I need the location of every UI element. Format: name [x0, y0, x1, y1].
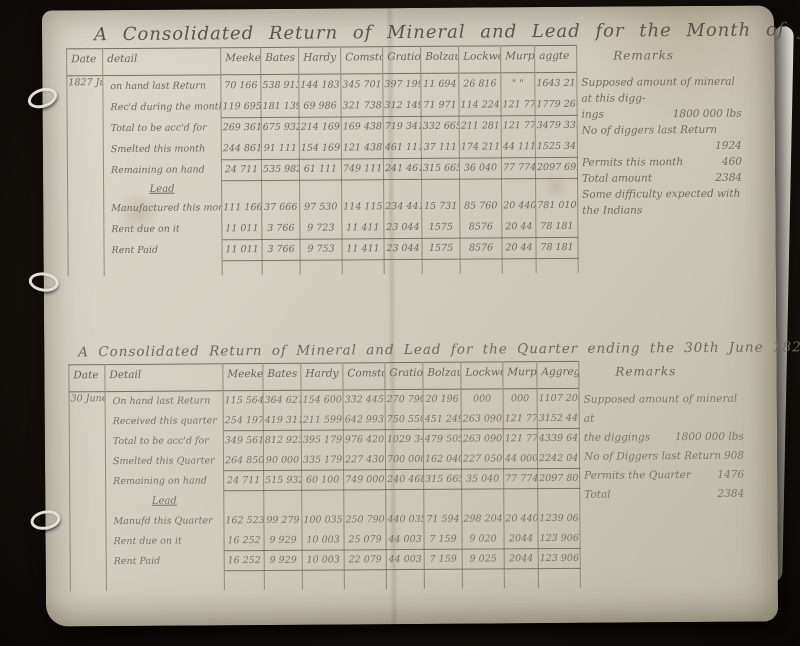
remark-text: Supposed amount of mineral at this digg- [581, 74, 747, 107]
value-cell: 69 986 [299, 95, 341, 116]
value-cell: 250 790 [344, 510, 386, 530]
column-header-comstock: Comstock [343, 362, 385, 389]
monthly-return-section: A Consolidated Return of Mineral and Lea… [66, 20, 756, 276]
value-cell: 169 438 [341, 116, 383, 137]
value-cell: 77 774 [501, 157, 535, 178]
value-cell: 241 461 [383, 158, 421, 179]
photo-background: A Consolidated Return of Mineral and Lea… [0, 0, 800, 646]
value-cell: 264 850 [223, 451, 263, 471]
value-cell: 11 011 [222, 218, 262, 239]
value-cell [424, 489, 462, 509]
value-cell: 332 445 [343, 389, 385, 410]
value-cell: 144 183 [299, 74, 341, 96]
value-cell: 16 252 [224, 531, 264, 551]
value-cell: 85 760 [460, 195, 502, 216]
value-cell: 364 621 [263, 390, 301, 411]
value-cell: 1575 [422, 217, 460, 238]
value-cell: 20 196 [423, 389, 461, 410]
date-cell [68, 240, 104, 261]
value-cell: 11 011 [222, 239, 262, 260]
value-cell: 11 411 [342, 217, 384, 238]
value-cell: 395 179 [301, 430, 343, 450]
value-cell [302, 490, 344, 510]
value-cell: 234 441 [384, 196, 422, 217]
value-cell: 440 035 [386, 509, 424, 529]
value-cell: 515 932 [264, 470, 302, 490]
value-cell: 2044 [504, 549, 538, 569]
value-cell: 9 753 [300, 238, 342, 259]
value-cell: 10 003 [302, 530, 344, 550]
date-cell [67, 139, 103, 160]
remark-value: 1924 [715, 138, 748, 154]
column-header-hardy: Hardy [299, 47, 341, 74]
value-cell: 11 694 [421, 73, 459, 95]
value-cell: 1643 217 [535, 72, 577, 94]
column-header-hardy: Hardy [301, 362, 343, 389]
value-cell: 23 044 [384, 217, 422, 238]
value-cell: 479 505 [423, 429, 461, 449]
value-cell: 461 111 [383, 137, 421, 158]
date-cell [70, 552, 106, 572]
value-cell: 214 169 [299, 116, 341, 137]
value-cell [262, 180, 300, 197]
date-cell [69, 452, 105, 472]
row-label: Manufactured this month [104, 197, 222, 219]
value-cell: 750 550 [385, 409, 423, 429]
value-cell: 227 050 [461, 449, 503, 469]
row-label: Rec'd during the month [103, 96, 221, 118]
value-cell [300, 179, 342, 196]
value-cell: 174 211 [459, 136, 501, 157]
value-cell: 100 035 [302, 510, 344, 530]
spacer-row [70, 568, 580, 591]
value-cell: 2097 692 [535, 157, 577, 178]
column-header-meeker: Meeker [223, 363, 263, 390]
value-cell: 71 971 [421, 95, 459, 116]
value-cell: 162 523 [224, 511, 264, 531]
value-cell: 298 204 [462, 509, 504, 529]
value-cell: 22 079 [344, 550, 386, 570]
value-cell: 44 000 [503, 449, 537, 469]
value-cell: 2097 800 [538, 468, 580, 488]
value-cell: 99 279 [264, 510, 302, 530]
document-page: A Consolidated Return of Mineral and Lea… [42, 5, 778, 626]
date-cell [70, 512, 106, 532]
date-cell [69, 432, 105, 452]
value-cell: 10 003 [302, 550, 344, 570]
row-label: Total to be acc'd for [105, 431, 223, 452]
column-header-bolzau: Bolzau [423, 362, 461, 389]
value-cell: 315 665 [421, 158, 459, 179]
value-cell: 675 932 [261, 117, 299, 138]
row-label: Rent due on it [104, 218, 222, 240]
column-header-bates: Bates [261, 47, 299, 74]
value-cell: 16 252 [224, 551, 264, 571]
value-cell: 90 000 [263, 450, 301, 470]
value-cell: 60 100 [302, 470, 344, 490]
value-cell: 1029 340 [385, 429, 423, 449]
value-cell: 1575 [422, 238, 460, 259]
remark-value: 908 [724, 446, 750, 465]
monthly-header-row: DatedetailMeekerBatesHardyComstockGratio… [67, 45, 577, 76]
value-cell: 000 [461, 388, 503, 409]
page-content: A Consolidated Return of Mineral and Lea… [42, 5, 778, 591]
monthly-return-table: DatedetailMeekerBatesHardyComstockGratio… [66, 45, 579, 276]
remark-line: Supposed amount of mineral at [582, 389, 750, 428]
remark-line: No of diggers last Return1924 [580, 122, 748, 155]
date-cell [68, 198, 104, 219]
row-label: Remaining on hand [106, 471, 224, 492]
value-cell: 23 044 [384, 238, 422, 259]
value-cell [264, 490, 302, 510]
value-cell: 976 420 [343, 430, 385, 450]
date-cell: 1827 June 30 [67, 76, 103, 98]
value-cell [504, 489, 538, 509]
remarks-header: Remarks [581, 359, 749, 390]
remark-text: Supposed amount of mineral at [584, 389, 750, 428]
value-cell: 000 [503, 388, 537, 409]
column-header-lockwood: Lockwood [459, 46, 501, 73]
row-label: Total to be acc'd for [103, 117, 221, 139]
value-cell [460, 178, 502, 195]
value-cell: 535 982 [261, 159, 299, 180]
value-cell: 749 000 [344, 470, 386, 490]
value-cell: 263 090 [461, 429, 503, 449]
value-cell: 700 000 [385, 449, 423, 469]
value-cell: 26 816 [459, 73, 501, 95]
remark-text: Permits the Quarter [584, 466, 691, 486]
value-cell: 1239 066 [538, 508, 580, 528]
remark-value: 1800 000 lbs [673, 106, 748, 123]
value-cell: 3479 339 [535, 115, 577, 136]
value-cell: 61 111 [299, 158, 341, 179]
date-cell [70, 472, 106, 492]
row-label: Received this quarter [105, 411, 223, 432]
value-cell [536, 178, 578, 195]
remark-line: the diggings1800 000 lbs [582, 427, 750, 447]
column-header-aggregate: Aggregate [537, 361, 579, 388]
row-label: Lead [106, 491, 224, 512]
row-label: Manufd this Quarter [106, 511, 224, 532]
value-cell: 451 249 [423, 409, 461, 429]
value-cell [342, 179, 384, 196]
value-cell: 332 665 [421, 116, 459, 137]
value-cell: 9 020 [462, 529, 504, 549]
remarks-lines: Supposed amount of mineral atthe digging… [582, 389, 751, 504]
value-cell: 20 440 [504, 509, 538, 529]
value-cell [222, 180, 262, 197]
value-cell: 4339 647 [537, 428, 579, 448]
remark-value: 460 [722, 154, 748, 170]
value-cell: 419 311 [263, 410, 301, 430]
value-cell: 181 139 [261, 96, 299, 117]
value-cell: 111 166 [222, 197, 262, 218]
value-cell: 3 766 [262, 239, 300, 260]
remark-line: Supposed amount of mineral at this digg- [579, 74, 747, 107]
quarterly-return-table: DateDetailMeekerBatesHardyComstockGratio… [68, 360, 581, 591]
column-header-gratiot: Gratiot [383, 46, 421, 73]
value-cell: 119 695 [221, 96, 261, 117]
remark-text: Permits this month [582, 154, 683, 171]
value-cell: 240 468 [386, 469, 424, 489]
value-cell: 114 224 [459, 94, 501, 115]
value-cell: 123 906 [538, 548, 580, 568]
column-header-murphy: Murphy [501, 46, 535, 73]
remark-text: Total amount [582, 170, 652, 186]
value-cell: 781 010 [536, 195, 578, 216]
row-label: Rent due on it [106, 531, 224, 552]
value-cell: 9 929 [264, 550, 302, 570]
value-cell: 114 115 [342, 196, 384, 217]
value-cell: 44 003 [386, 529, 424, 549]
column-header-murphy: Murphy [503, 361, 537, 388]
remark-text: No of diggers last Return [582, 122, 717, 139]
remark-line: No of Diggers last Return908 [582, 446, 750, 466]
value-cell: 227 430 [343, 450, 385, 470]
column-header-bolzau: Bolzau [421, 46, 459, 73]
value-cell: 9 929 [264, 530, 302, 550]
row-label: On hand last Return [105, 390, 223, 411]
value-cell [224, 491, 264, 511]
date-cell [70, 492, 106, 512]
date-cell [68, 181, 104, 198]
row-label: on hand last Return [103, 75, 221, 97]
value-cell: 11 411 [342, 238, 384, 259]
date-cell [69, 412, 105, 432]
value-cell: 2242 047 [537, 448, 579, 468]
value-cell: 97 530 [300, 196, 342, 217]
value-cell: 25 079 [344, 530, 386, 550]
column-header-gratiot: Gratiot [385, 362, 423, 389]
column-header-date: Date [69, 364, 105, 391]
value-cell [502, 178, 536, 195]
quarterly-remarks: Remarks Supposed amount of mineral atthe… [581, 359, 750, 504]
column-header-lockwood: Lockwood [461, 361, 503, 388]
remark-line: ings1800 000 lbs [580, 106, 748, 123]
value-cell: 77 774 [504, 469, 538, 489]
column-header-comstock: Comstock [341, 47, 383, 74]
remark-text: ings [582, 107, 604, 123]
value-cell: 121 438 [341, 137, 383, 158]
column-header-date: Date [67, 49, 103, 76]
value-cell: 24 711 [221, 159, 261, 180]
value-cell: 91 111 [261, 138, 299, 159]
row-label: Remaining on hand [103, 159, 221, 181]
value-cell [422, 179, 460, 196]
remark-value: 1476 [717, 465, 750, 484]
value-cell: 154 169 [299, 137, 341, 158]
value-cell: 8576 [460, 237, 502, 258]
value-cell: 812 923 [263, 430, 301, 450]
remarks-lines: Supposed amount of mineral at this digg-… [579, 74, 748, 219]
value-cell: " " [501, 73, 535, 95]
value-cell [384, 179, 422, 196]
row-label: Rent Paid [104, 239, 222, 261]
row-label: Smelted this month [103, 138, 221, 160]
value-cell: 121 774 [503, 429, 537, 449]
date-cell [70, 532, 106, 552]
value-cell: 37 666 [262, 197, 300, 218]
column-header-detail: Detail [105, 363, 223, 391]
value-cell: 211 281 [459, 115, 501, 136]
value-cell: 115 564 [223, 390, 263, 411]
value-cell: 20 440 [502, 195, 536, 216]
value-cell: 8576 [460, 216, 502, 237]
value-cell: 78 181 [536, 216, 578, 237]
remark-line: Permits this month460 [580, 154, 748, 171]
remark-line: Permits the Quarter1476 [582, 465, 750, 485]
value-cell: 162 040 [423, 449, 461, 469]
value-cell: 2044 [504, 529, 538, 549]
value-cell: 321 738 [341, 95, 383, 116]
value-cell: 642 993 [343, 410, 385, 430]
value-cell: 244 861 [221, 138, 261, 159]
date-cell [68, 219, 104, 240]
value-cell: 70 166 [221, 75, 261, 97]
value-cell: 349 561 [223, 431, 263, 451]
value-cell: 121 774 [501, 115, 535, 136]
column-header-bates: Bates [263, 363, 301, 390]
remark-text: Some difficulty expected with the Indian… [582, 186, 748, 219]
value-cell: 7 159 [424, 529, 462, 549]
remark-value: 1800 000 lbs [675, 427, 750, 447]
value-cell: 20 44 [502, 216, 536, 237]
value-cell: 37 111 [421, 137, 459, 158]
column-header-aggte: aggte [535, 45, 577, 72]
remark-text: the diggings [584, 428, 650, 447]
value-cell: 44 111 [501, 136, 535, 157]
value-cell: 3 766 [262, 218, 300, 239]
remark-line: Total2384 [582, 484, 750, 504]
value-cell: 123 906 [538, 528, 580, 548]
value-cell: 78 181 [536, 237, 578, 258]
value-cell: 36 040 [459, 157, 501, 178]
value-cell: 1107 208 [537, 388, 579, 409]
value-cell: 1779 260 [535, 94, 577, 115]
value-cell: 71 594 [424, 509, 462, 529]
date-cell [67, 160, 103, 181]
value-cell: 263 090 [461, 409, 503, 429]
value-cell: 154 600 [301, 389, 343, 410]
value-cell: 538 913 [261, 74, 299, 96]
value-cell: 24 711 [224, 471, 264, 491]
value-cell [386, 489, 424, 509]
date-cell: 30 June [69, 391, 105, 412]
remark-value: 2384 [717, 484, 750, 503]
value-cell [344, 490, 386, 510]
column-header-detail: detail [103, 48, 221, 76]
value-cell: 335 179 [301, 450, 343, 470]
value-cell: 121 770 [503, 409, 537, 429]
value-cell: 1525 347 [535, 136, 577, 157]
value-cell: 345 701 [341, 74, 383, 96]
value-cell: 254 197 [223, 411, 263, 431]
value-cell: 719 341 [383, 116, 421, 137]
value-cell [462, 489, 504, 509]
monthly-remarks: Remarks Supposed amount of mineral at th… [579, 44, 748, 219]
value-cell: 397 199 [383, 73, 421, 95]
value-cell: 44 003 [386, 549, 424, 569]
value-cell: 35 040 [462, 469, 504, 489]
value-cell: 20 44 [502, 237, 536, 258]
row-label: Smelted this Quarter [105, 451, 223, 472]
quarterly-header-row: DateDetailMeekerBatesHardyComstockGratio… [69, 361, 579, 392]
row-label: Rent Paid [106, 551, 224, 572]
remarks-header: Remarks [579, 44, 747, 75]
value-cell [538, 488, 580, 508]
value-cell: 7 159 [424, 549, 462, 569]
column-header-meeker: Meeker [221, 48, 261, 75]
remark-value: 2384 [715, 170, 748, 186]
value-cell: 121 774 [501, 94, 535, 115]
date-cell [67, 97, 103, 118]
spacer-row [68, 258, 578, 276]
value-cell: 269 361 [221, 117, 261, 138]
value-cell: 312 149 [383, 95, 421, 116]
remark-text: No of Diggers last Return [584, 446, 721, 466]
value-cell: 270 790 [385, 389, 423, 410]
value-cell: 315 665 [424, 469, 462, 489]
value-cell: 15 731 [422, 196, 460, 217]
value-cell: 9 723 [300, 217, 342, 238]
remark-text: Total [584, 485, 610, 504]
value-cell: 9 025 [462, 549, 504, 569]
value-cell: 211 599 [301, 410, 343, 430]
quarterly-return-section: A Consolidated Return of Mineral and Lea… [68, 339, 758, 591]
date-cell [67, 118, 103, 139]
value-cell: 3152 441 [537, 408, 579, 428]
remark-line: Some difficulty expected with the Indian… [580, 186, 748, 219]
row-label: Lead [104, 180, 222, 198]
value-cell: 749 111 [341, 158, 383, 179]
remark-line: Total amount2384 [580, 170, 748, 187]
